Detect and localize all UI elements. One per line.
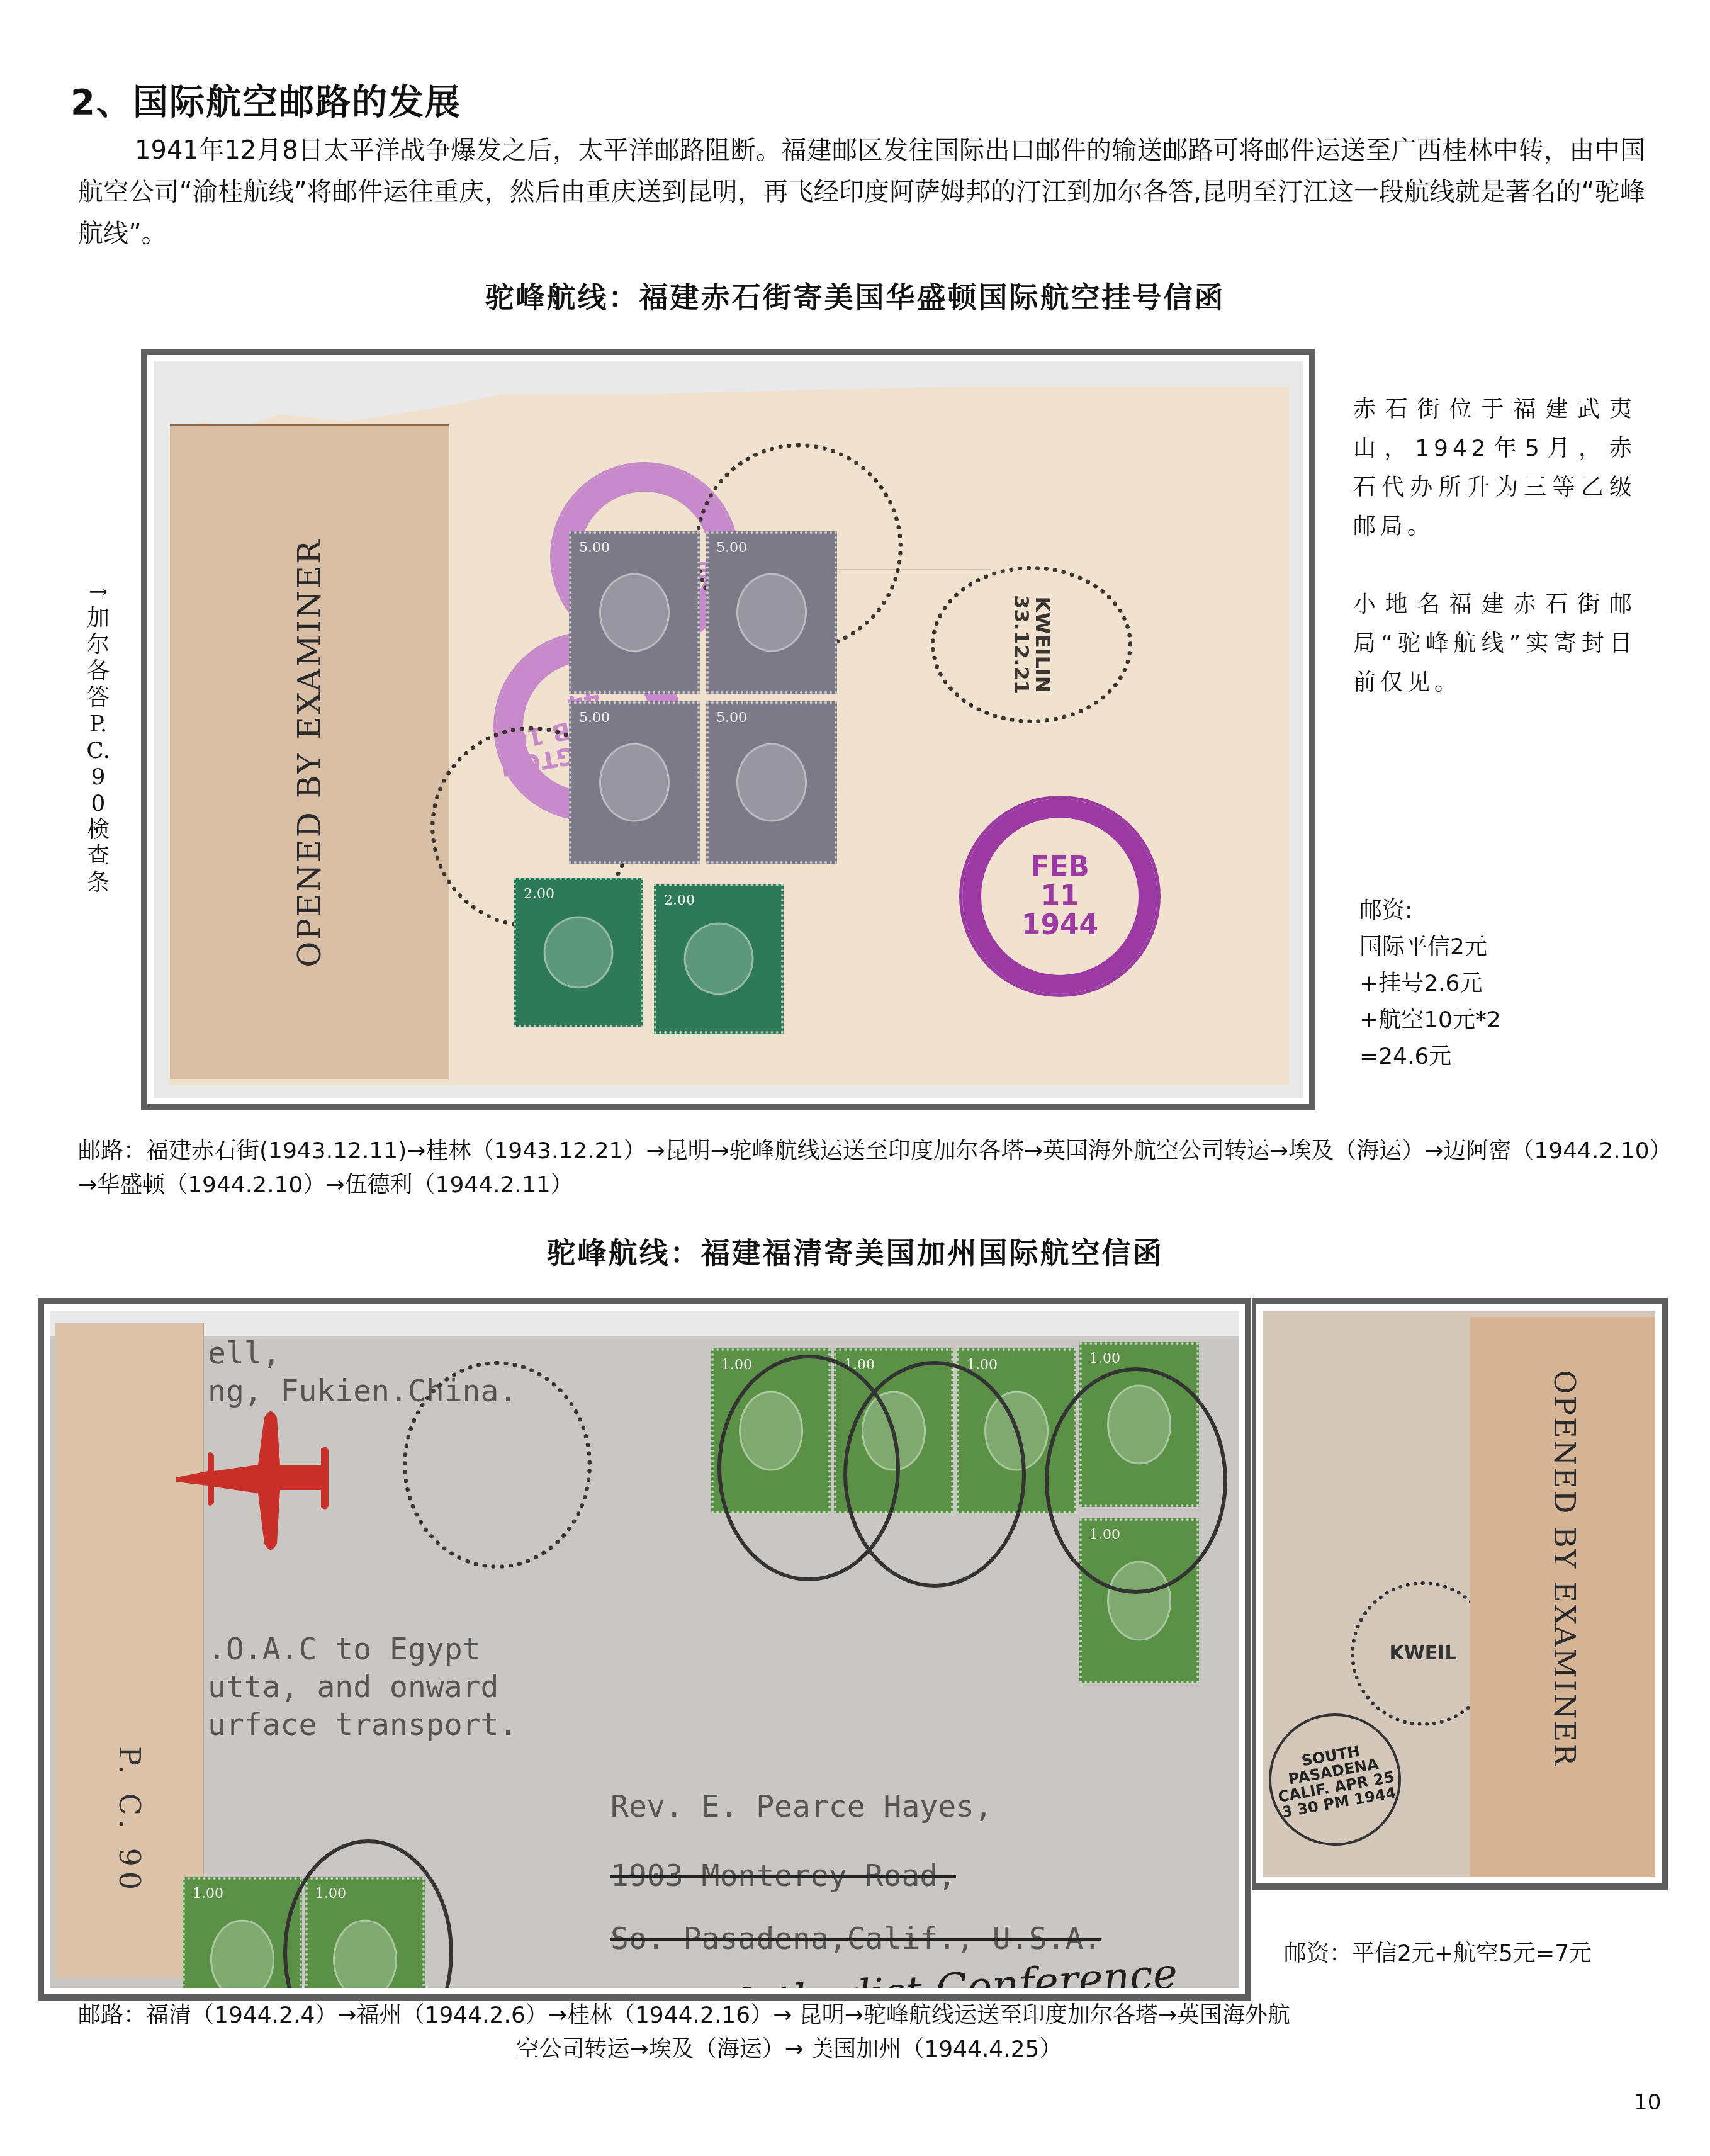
airplane-icon	[170, 1405, 352, 1556]
routing-note-line: .O.A.C to Egypt	[208, 1632, 480, 1667]
kweilin-postmark-text: KWEILIN 33.12.21	[1010, 570, 1052, 719]
cover1-frame: OPENED BY EXAMINER FEB 10 1944 FLA. WASH…	[141, 349, 1315, 1110]
portrait-icon	[599, 573, 670, 652]
censor-code: P. C. 90	[113, 1746, 147, 1895]
route-line: 邮路：福清（1944.2.4）→福州（1944.2.6）→桂林（1944.2.1…	[78, 2002, 1290, 2028]
postage-total: =24.6元	[1359, 1039, 1501, 1075]
postage-line: +航空10元*2	[1359, 1002, 1501, 1039]
postage-label: 邮资:	[1359, 893, 1501, 929]
cover2-front-frame: P. C. 90 ell, ng, Fukien.China. .O.A.C t…	[38, 1298, 1251, 2001]
intro-paragraph: 1941年12月8日太平洋战争爆发之后，太平洋邮路阻断。福建邮区发往国际出口邮件…	[78, 130, 1645, 254]
stamp-value: 5.00	[716, 710, 747, 726]
note-rarity: 小地名福建赤石街邮局“驼峰航线”实寄封目前仅见。	[1353, 585, 1636, 703]
route-line: 空公司转运→埃及（海运）→ 美国加州（1944.4.25）	[78, 2033, 1689, 2067]
registered-date: FEB 11 1944	[1021, 853, 1098, 940]
portrait-icon	[599, 743, 670, 822]
page-number: 10	[1634, 2090, 1661, 2115]
cover1-route: 邮路：福建赤石街(1943.12.11)→桂林（1943.12.21）→昆明→驼…	[78, 1134, 1677, 1202]
cover2-back-frame: KWEIL SOUTH PASADENA CALIF. APR 25 3 30 …	[1252, 1298, 1668, 1890]
censor-tape: OPENED BY EXAMINER	[1470, 1317, 1655, 1877]
postage-line: +挂号2.6元	[1359, 966, 1501, 1002]
cover2-title: 驼峰航线：福建福清寄美国加州国际航空信函	[0, 1230, 1710, 1272]
stamp-value: 1.00	[1089, 1351, 1120, 1367]
cover2-postage: 邮资：平信2元+航空5元=7元	[1284, 1936, 1592, 1968]
return-address-line: ell,	[208, 1336, 281, 1371]
fuzhou-cancel	[1045, 1367, 1227, 1594]
registered-postmark: FEB 11 1944	[959, 796, 1161, 997]
intro-text: 1941年12月8日太平洋战争爆发之后，太平洋邮路阻断。福建邮区发往国际出口邮件…	[78, 136, 1645, 248]
stamp-value: 5.00	[716, 540, 747, 556]
stamp-2-dollar: 2.00	[514, 878, 643, 1027]
censor-tape: OPENED BY EXAMINER	[170, 424, 449, 1079]
censor-label: OPENED BY EXAMINER	[1548, 1370, 1582, 1767]
section-title: 2、国际航空邮路的发展	[70, 74, 461, 125]
cover1-postage: 邮资: 国际平信2元 +挂号2.6元 +航空10元*2 =24.6元	[1359, 893, 1501, 1075]
stamp-5-dollar: 5.00	[706, 701, 837, 864]
portrait-icon	[736, 573, 807, 652]
cover2-front-image: P. C. 90 ell, ng, Fukien.China. .O.A.C t…	[50, 1311, 1239, 1988]
cover1-image: OPENED BY EXAMINER FEB 10 1944 FLA. WASH…	[154, 361, 1303, 1098]
stamp-value: 2.00	[524, 886, 554, 902]
note-location: 赤石街位于福建武夷山，1942年5月，赤石代办所升为三等乙级邮局。	[1353, 390, 1636, 546]
recipient-city-crossed: So. Pasadena,Calif., U.S.A.	[610, 1921, 1101, 1956]
kweilin-backstamp-text: KWEIL	[1389, 1644, 1456, 1664]
routing-note-line: utta, and onward	[208, 1669, 498, 1705]
registered-month: FEB	[1021, 853, 1098, 882]
portrait-icon	[684, 923, 754, 995]
registered-day: 11	[1021, 882, 1098, 911]
censor-label: OPENED BY EXAMINER	[291, 538, 328, 967]
fuzhou-cancel	[843, 1361, 1026, 1588]
registered-year: 1944	[1021, 911, 1098, 940]
pasadena-backstamp-text: SOUTH PASADENA CALIF. APR 25 3 30 PM 194…	[1267, 1737, 1403, 1822]
stamp-value: 5.00	[579, 540, 610, 556]
kweilin-postmark: KWEILIN 33.12.21	[931, 566, 1132, 723]
stamp-value: 5.00	[579, 710, 610, 726]
stamp-5-dollar: 5.00	[569, 701, 700, 864]
routing-note-line: urface transport.	[208, 1707, 517, 1742]
stamp-2-dollar: 2.00	[654, 884, 784, 1034]
stamp-value: 1.00	[193, 1886, 223, 1902]
cover1-title: 驼峰航线：福建赤石街寄美国华盛顿国际航空挂号信函	[0, 274, 1710, 316]
portrait-icon	[210, 1920, 274, 1989]
censor-tape-note: →加尔各答P.C.90検查条	[86, 579, 111, 896]
fuqing-postmark	[403, 1361, 592, 1569]
cover2-back-image: KWEIL SOUTH PASADENA CALIF. APR 25 3 30 …	[1263, 1311, 1655, 1877]
portrait-icon	[544, 917, 614, 989]
portrait-icon	[736, 743, 807, 822]
cover2-route: 邮路：福清（1944.2.4）→福州（1944.2.6）→桂林（1944.2.1…	[78, 1999, 1689, 2067]
postage-line: 国际平信2元	[1359, 929, 1501, 966]
stamp-value: 2.00	[664, 893, 695, 908]
stamp-value: 1.00	[721, 1357, 752, 1373]
recipient-street-crossed: 1903 Monterey Road,	[610, 1858, 956, 1894]
stamp-5-dollar: 5.00	[569, 531, 700, 694]
recipient-name: Rev. E. Pearce Hayes,	[610, 1789, 993, 1824]
stamp-5-dollar: 5.00	[706, 531, 837, 694]
cover1-notes: 赤石街位于福建武夷山，1942年5月，赤石代办所升为三等乙级邮局。 小地名福建赤…	[1353, 390, 1636, 742]
